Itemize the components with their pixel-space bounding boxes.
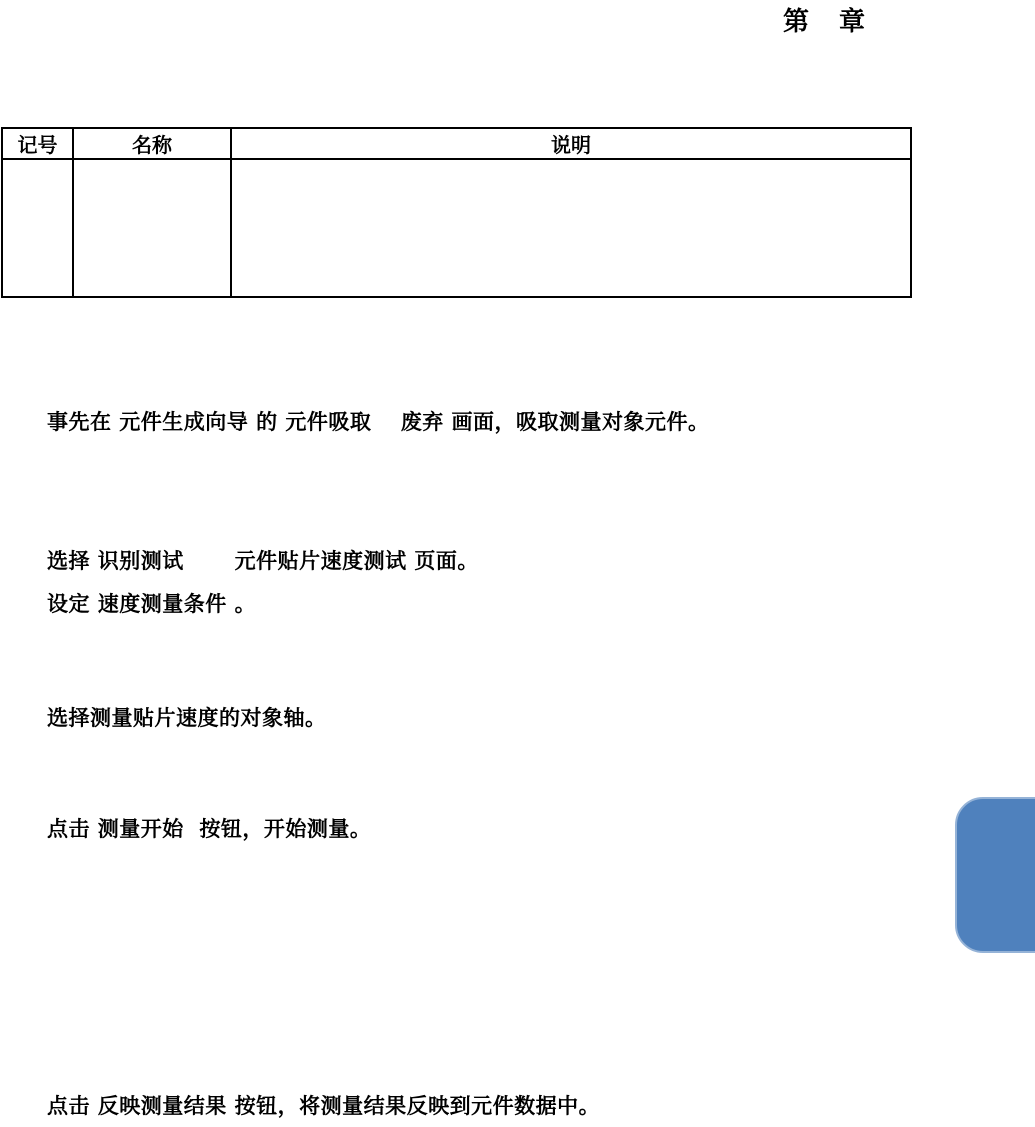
table-header-row: 记号 名称 说明 [2, 128, 911, 159]
legend-table: 记号 名称 说明 [1, 127, 912, 298]
step-text-start-measurement: 点击 测量开始 按钮，开始测量。 [47, 816, 371, 843]
table-row [2, 159, 911, 297]
blue-side-tab-shape [955, 797, 1035, 953]
step-text-set-measure-condition: 设定 速度测量条件 。 [47, 591, 256, 618]
document-page: 第 章 记号 名称 说明 事先在 元件生成向导 的 元件吸取 废弃 画面，吸取测… [0, 0, 1035, 1127]
step-text-select-axis: 选择测量贴片速度的对象轴。 [47, 705, 327, 732]
table-cell-description [231, 159, 911, 297]
table-header-name: 名称 [73, 128, 231, 159]
table-header-mark: 记号 [2, 128, 73, 159]
table-cell-name [73, 159, 231, 297]
chapter-heading: 第 章 [783, 1, 867, 38]
legend-table-header: 记号 名称 说明 [2, 128, 911, 159]
step-text-pickup-component: 事先在 元件生成向导 的 元件吸取 废弃 画面，吸取测量对象元件。 [47, 409, 710, 436]
step-text-select-test-page: 选择 识别测试 元件贴片速度测试 页面。 [47, 548, 479, 575]
table-header-description: 说明 [231, 128, 911, 159]
legend-table-body [2, 159, 911, 297]
table-cell-mark [2, 159, 73, 297]
step-text-apply-results: 点击 反映测量结果 按钮，将测量结果反映到元件数据中。 [47, 1093, 600, 1120]
